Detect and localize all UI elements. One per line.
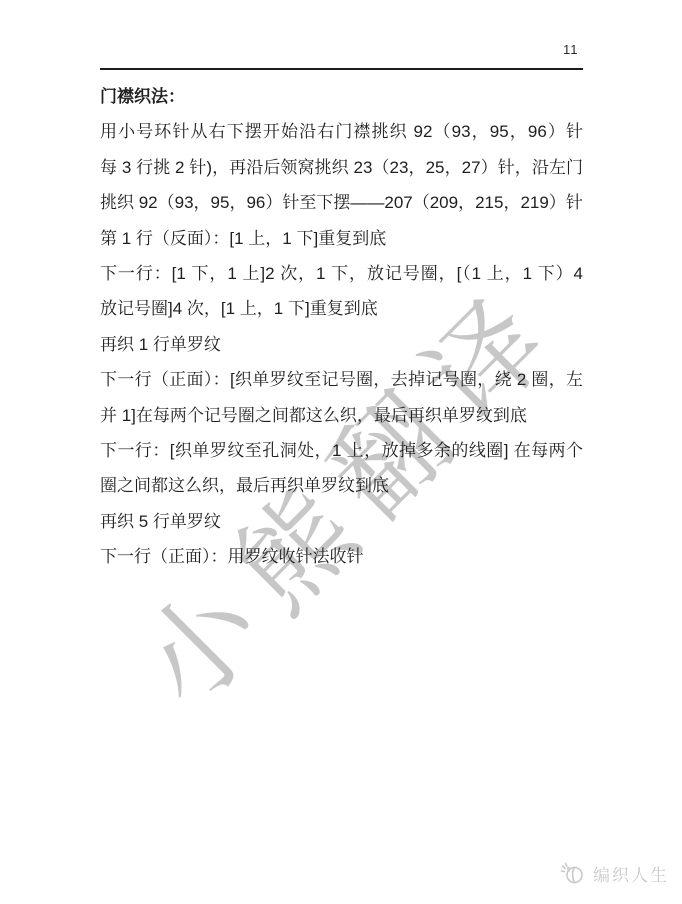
text-line: 下一行（正面）：[织单罗纹至记号圈，去掉记号圈，绕 2 圈，左上 2 [100,362,583,397]
text-line: 下一行：[1 下，1 上]2 次，1 下，放记号圈，[（1 上，1 下）4 次， [100,256,583,291]
header-rule [100,68,583,70]
text-line: 再织 5 行单罗纹 [100,504,583,539]
text-line: 圈之间都这么织，最后再织单罗纹到底 [100,468,583,503]
text-line: 放记号圈]4 次，[1 上，1 下]重复到底 [100,291,583,326]
document-page: 11 小熊翻译 门襟织法： 用小号环针从右下摆开始沿右门襟挑织 92（93，95… [0,0,682,904]
text-line: 第 1 行（反面）：[1 上，1 下]重复到底 [100,221,583,256]
text-line: 用小号环针从右下摆开始沿右门襟挑织 92（93，95，96）针（大概 [100,114,583,149]
text-line: 并 1]在每两个记号圈之间都这么织，最后再织单罗纹到底 [100,398,583,433]
brand-name: 编织人生 [593,861,669,886]
sheep-logo-icon [560,862,586,886]
text-line: 下一行：[织单罗纹至孔洞处，1 上，放掉多余的线圈] 在每两个记号 [100,433,583,468]
text-line: 再织 1 行单罗纹 [100,327,583,362]
text-line: 下一行（正面）：用罗纹收针法收针 [100,539,583,574]
brand-footer: 编织人生 [560,861,669,886]
text-line: 每 3 行挑 2 针)，再沿后领窝挑织 23（23，25，27）针，沿左门襟 [100,150,583,185]
page-number: 11 [563,42,579,57]
text-line: 挑织 92（93，95，96）针至下摆——207（209，215，219）针 [100,185,583,220]
instructions-block: 门襟织法： 用小号环针从右下摆开始沿右门襟挑织 92（93，95，96）针（大概… [100,79,583,574]
section-title: 门襟织法： [100,79,583,114]
